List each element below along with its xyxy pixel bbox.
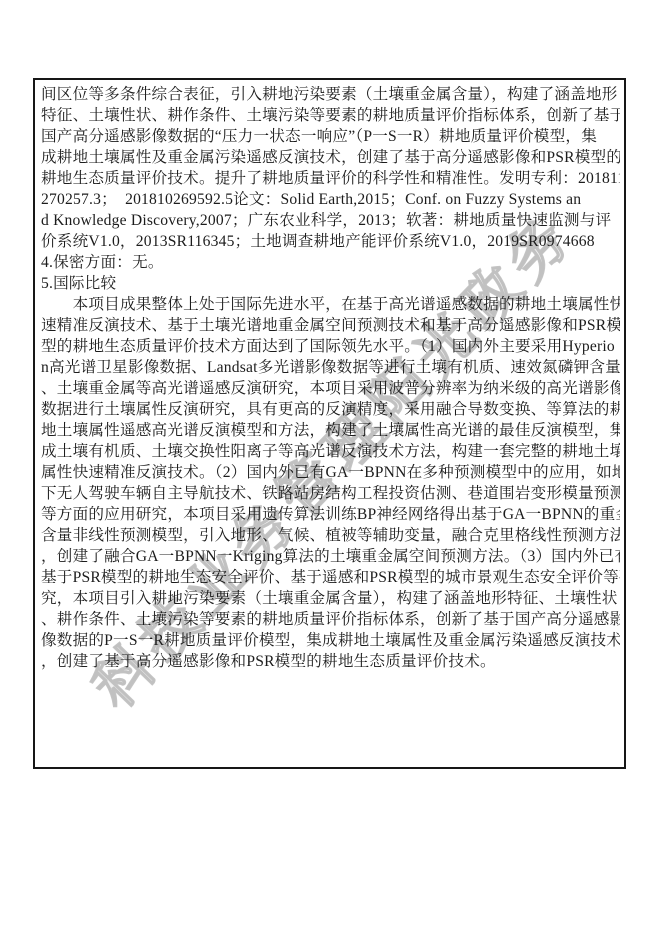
text-line: 下无人驾驶车辆自主导航技术、铁路站房结构工程投资估测、巷道围岩变形模量预测 (41, 483, 620, 504)
text-line: 数据进行土壤属性反演研究，具有更高的反演精度，采用融合导数变换、等算法的耕 (41, 399, 620, 420)
text-line: 耕地生态质量评价技术。提升了耕地质量评价的科学性和精准性。发明专利：201811 (41, 168, 620, 189)
text-line: 4.保密方面：无。 (41, 252, 620, 273)
text-line: 等方面的应用研究，本项目采用遗传算法训练BP神经网络得出基于GA一BPNN的重金… (41, 504, 620, 525)
text-line: 成土壤有机质、土壤交换性阳离子等高光谱反演技术方法，构建一套完整的耕地土壤 (41, 441, 620, 462)
text-line: 像数据的P一S一R耕地质量评价模型，集成耕地土壤属性及重金属污染遥感反演技术 (41, 630, 620, 651)
text-line: 型的耕地生态质量评价技术方面达到了国际领先水平。（1）国内外主要采用Hyperi… (41, 336, 620, 357)
text-line: 地土壤属性遥感高光谱反演模型和方法，构建了土壤属性高光谱的最佳反演模型，集 (41, 420, 620, 441)
text-line: 速精准反演技术、基于土壤光谱地重金属空间预测技术和基于高分遥感影像和PSR模 (41, 315, 620, 336)
text-line: 成耕地土壤属性及重金属污染遥感反演技术，创建了基于高分遥感影像和PSR模型的 (41, 147, 620, 168)
text-line: 间区位等多条件综合表征，引入耕地污染要素（土壤重金属含量），构建了涵盖地形 (41, 84, 620, 105)
text-line: 究，本项目引入耕地污染要素（土壤重金属含量），构建了涵盖地形特征、土壤性状 (41, 588, 620, 609)
text-line: 国产高分遥感影像数据的“压力一状态一响应”（P一S一R）耕地质量评价模型，集 (41, 126, 620, 147)
text-line: ，创建了融合GA一BPNN一Kriging算法的土壤重金属空间预测方法。（3）国… (41, 546, 620, 567)
text-line: 、土壤重金属等高光谱遥感反演研究，本项目采用波普分辨率为纳米级的高光谱影像 (41, 378, 620, 399)
text-line: 基于PSR模型的耕地生态安全评价、基于遥感和PSR模型的城市景观生态安全评价等研 (41, 567, 620, 588)
text-line: 价系统V1.0，2013SR116345；土地调查耕地产能评价系统V1.0，20… (41, 231, 620, 252)
document-text-block: 间区位等多条件综合表征，引入耕地污染要素（土壤重金属含量），构建了涵盖地形特征、… (41, 84, 620, 672)
text-line: n高光谱卫星影像数据、Landsat多光谱影像数据等进行土壤有机质、速效氮磷钾含… (41, 357, 620, 378)
scanned-document-page: 科技业务管理阳光政务 间区位等多条件综合表征，引入耕地污染要素（土壤重金属含量）… (0, 0, 662, 936)
text-line: 270257.3； 201810269592.5论文：Solid Earth,2… (41, 189, 620, 210)
text-line: 特征、土壤性状、耕作条件、土壤污染等要素的耕地质量评价指标体系，创新了基于 (41, 105, 620, 126)
text-line: 属性快速精准反演技术。（2）国内外已有GA一BPNN在多种预测模型中的应用，如地 (41, 462, 620, 483)
text-line: 含量非线性预测模型，引入地形、气候、植被等辅助变量，融合克里格线性预测方法 (41, 525, 620, 546)
text-line: 、耕作条件、土壤污染等要素的耕地质量评价指标体系，创新了基于国产高分遥感影 (41, 609, 620, 630)
table-cell-border: 间区位等多条件综合表征，引入耕地污染要素（土壤重金属含量），构建了涵盖地形特征、… (33, 78, 626, 769)
text-line: d Knowledge Discovery,2007；广东农业科学，2013；软… (41, 210, 620, 231)
text-line: 5.国际比较 (41, 273, 620, 294)
text-line: 本项目成果整体上处于国际先进水平，在基于高光谱遥感数据的耕地土壤属性快 (41, 294, 620, 315)
text-line: ，创建了基于高分遥感影像和PSR模型的耕地生态质量评价技术。 (41, 651, 620, 672)
